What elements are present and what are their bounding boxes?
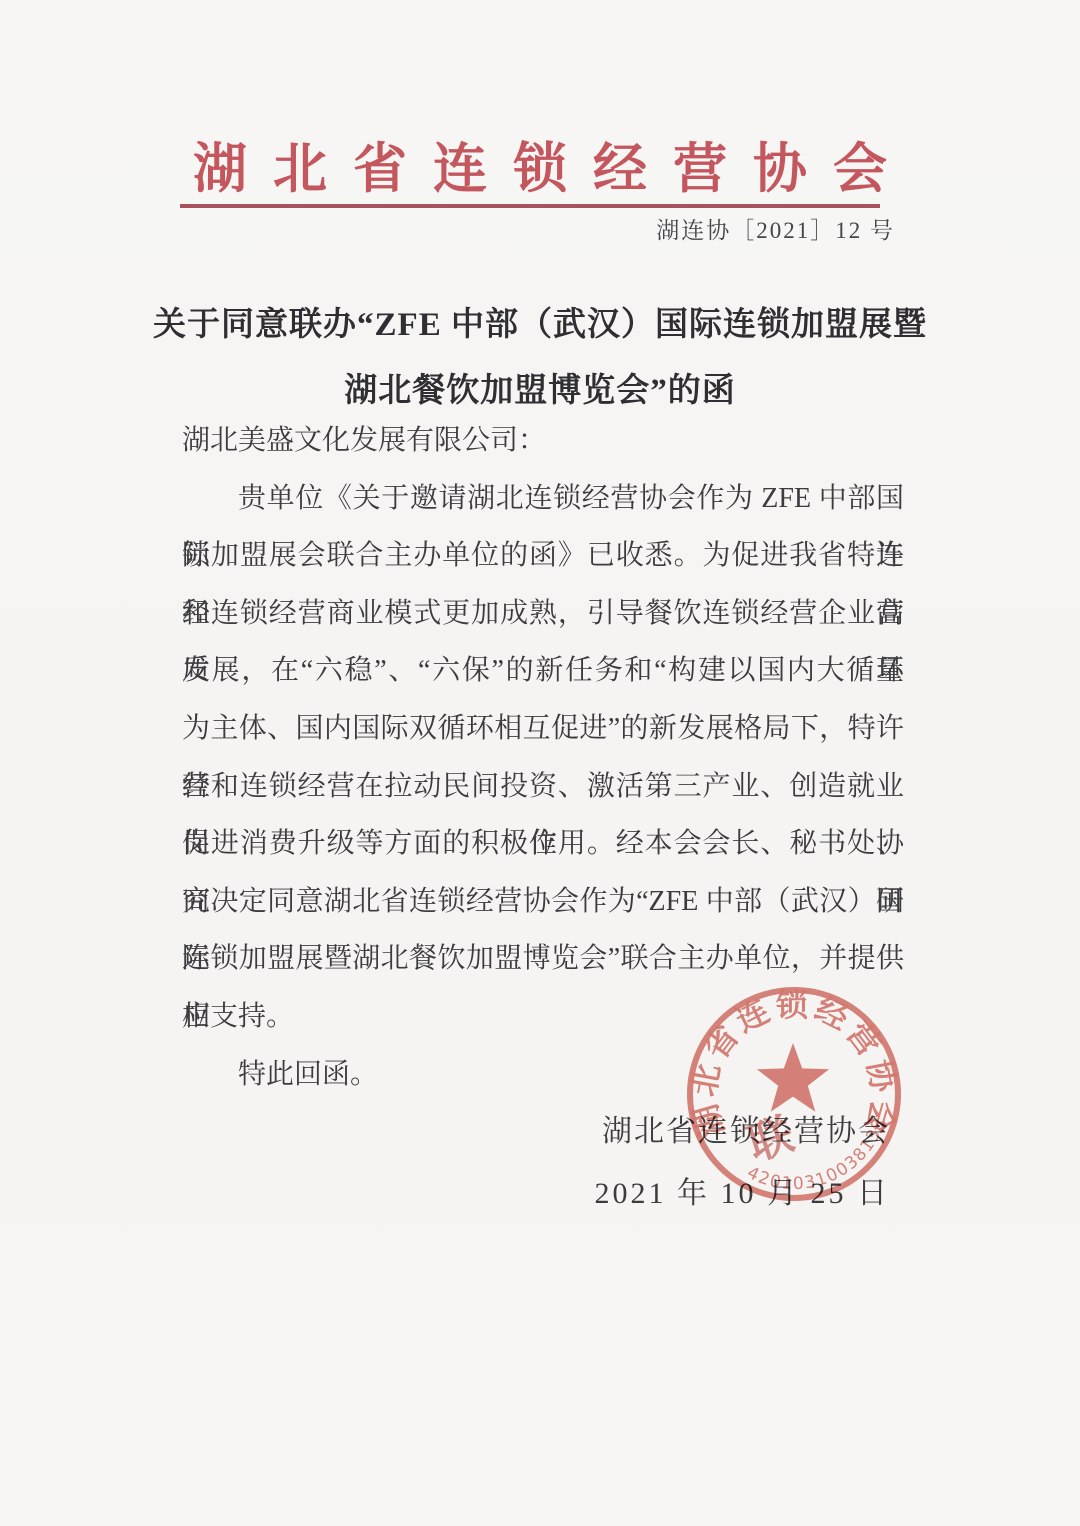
body-line: 和连锁经营商业模式更加成熟，引导餐饮连锁经营企业高质量 — [182, 585, 904, 643]
seal-overlap-character: 联 — [742, 1110, 799, 1170]
body-line: 贵单位《关于邀请湖北连锁经营协会作为 ZFE 中部国际连 — [182, 470, 904, 528]
body-line: 锁加盟展会联合主办单位的函》已收悉。为促进我省特许经营 — [182, 527, 904, 585]
letterhead-org-name: 湖北省连锁经营协会 — [0, 126, 1080, 203]
body-line: 发展，在“六稳”、“六保”的新任务和“构建以国内大循环 — [182, 642, 904, 700]
body-line: 为主体、国内国际双循环相互促进”的新发展格局下，特许经 — [182, 700, 904, 758]
document-number: 湖连协［2021］12 号 — [656, 212, 895, 245]
letterhead-divider-line — [180, 204, 880, 208]
document-page: 湖北省连锁经营协会 湖连协［2021］12 号 关于同意联办“ZFE 中部（武汉… — [0, 0, 1080, 1526]
body-line: 究决定同意湖北省连锁经营协会作为“ZFE 中部（武汉）国际 — [182, 873, 904, 931]
body-line: 营和连锁经营在拉动民间投资、激活第三产业、创造就业岗位、 — [182, 758, 904, 816]
seal-star-icon — [757, 1043, 829, 1112]
body-line: 促进消费升级等方面的积极作用。经本会会长、秘书处协商研 — [182, 815, 904, 873]
official-seal-stamp: 湖北省连锁经营协会 42010310038138 联 — [676, 976, 912, 1212]
letter-title: 关于同意联办“ZFE 中部（武汉）国际连锁加盟展暨 湖北餐饮加盟博览会”的函 — [90, 292, 990, 424]
letter-title-line1: 关于同意联办“ZFE 中部（武汉）国际连锁加盟展暨 — [90, 292, 990, 358]
addressee-line: 湖北美盛文化发展有限公司： — [182, 412, 904, 470]
